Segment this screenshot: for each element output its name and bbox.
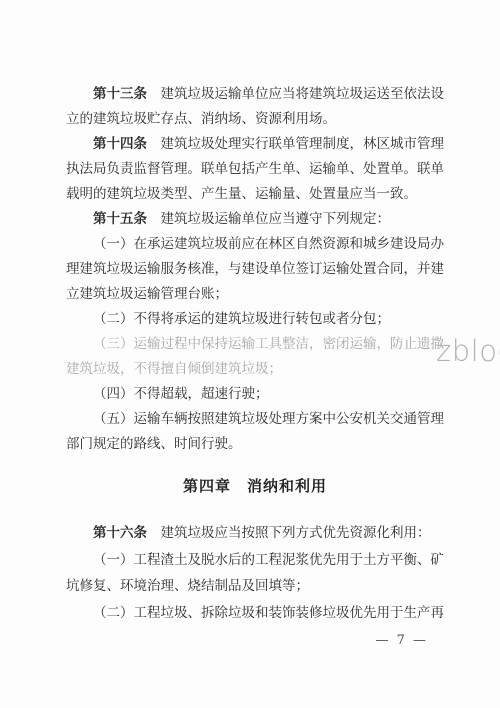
- doc-line: 部门规定的路线、时间行驶。: [66, 432, 444, 457]
- doc-line: 第十五条 建筑垃圾运输单位应当遵守下列规定：: [66, 207, 444, 232]
- doc-line: （五）运输车辆按照建筑垃圾处理方案中公安机关交通管理: [66, 407, 444, 432]
- doc-line: （二）不得将承运的建筑垃圾进行转包或者分包；: [66, 307, 444, 332]
- doc-line-text: 建筑垃圾运输单位应当将建筑垃圾运送至依法设: [147, 86, 444, 102]
- document-body: 第十三条 建筑垃圾运输单位应当将建筑垃圾运送至依法设 立的建筑垃圾贮存点、消纳场…: [66, 82, 444, 626]
- document-page: 第十三条 建筑垃圾运输单位应当将建筑垃圾运送至依法设 立的建筑垃圾贮存点、消纳场…: [0, 0, 500, 708]
- doc-line: 执法局负责监督管理。联单包括产生单、运输单、处置单。联单: [66, 157, 444, 182]
- chapter-body: 第十六条 建筑垃圾应当按照下列方式优先资源化利用： （一）工程渣土及脱水后的工程…: [66, 520, 444, 626]
- doc-line-text: 建筑垃圾处理实行联单管理制度，林区城市管理: [147, 136, 444, 152]
- doc-line-text: 建筑垃圾运输单位应当遵守下列规定：: [147, 211, 390, 227]
- doc-line: （二）工程垃圾、拆除垃圾和装饰装修垃圾优先用于生产再: [66, 600, 444, 627]
- article-number: 第十六条: [93, 525, 147, 541]
- chapter-heading: 第四章 消纳和利用: [66, 474, 444, 499]
- doc-line: （一）在承运建筑垃圾前应在林区自然资源和城乡建设局办: [66, 232, 444, 257]
- doc-line-faded: （三）运输过程中保持运输工具整洁，密闭运输，防止遗撒: [66, 332, 444, 357]
- doc-line-text: 建筑垃圾应当按照下列方式优先资源化利用：: [147, 525, 431, 541]
- article-number: 第十三条: [93, 86, 147, 102]
- doc-line: 立的建筑垃圾贮存点、消纳场、资源利用场。: [66, 107, 444, 132]
- doc-line: 第十三条 建筑垃圾运输单位应当将建筑垃圾运送至依法设: [66, 82, 444, 107]
- doc-line: 第十四条 建筑垃圾处理实行联单管理制度，林区城市管理: [66, 132, 444, 157]
- doc-line: 载明的建筑垃圾类型、产生量、运输量、处置量应当一致。: [66, 182, 444, 207]
- article-number: 第十五条: [93, 211, 147, 227]
- doc-line-faded: 建筑垃圾，不得擅自倾倒建筑垃圾；: [66, 357, 444, 382]
- doc-line: 坑修复、环境治理、烧结制品及回填等；: [66, 573, 444, 600]
- doc-line: （四）不得超载，超速行驶；: [66, 382, 444, 407]
- article-number: 第十四条: [93, 136, 147, 152]
- doc-line: 立建筑垃圾运输管理台账；: [66, 282, 444, 307]
- doc-line: （一）工程渣土及脱水后的工程泥浆优先用于土方平衡、矿: [66, 547, 444, 574]
- doc-line: 第十六条 建筑垃圾应当按照下列方式优先资源化利用：: [66, 520, 444, 547]
- doc-line: 理建筑垃圾运输服务核准，与建设单位签订运输处置合同，并建: [66, 257, 444, 282]
- page-number: — 7 —: [375, 633, 428, 648]
- watermark-text: zblog: [436, 334, 500, 368]
